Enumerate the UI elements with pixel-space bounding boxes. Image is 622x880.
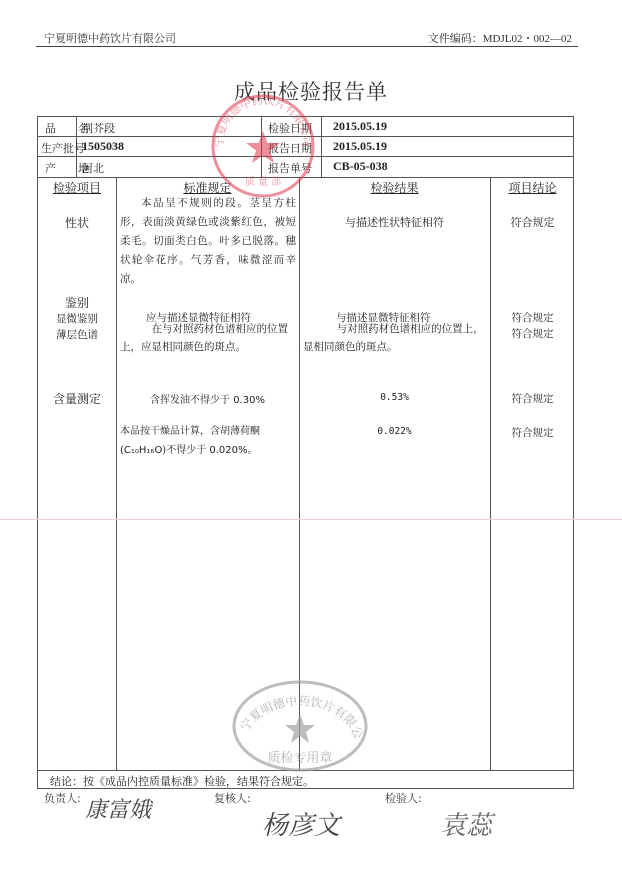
result-character: 与描述性状特征相符: [299, 214, 490, 230]
batch-label: 生产批号: [41, 140, 85, 156]
svg-text:质检专用章: 质检专用章: [267, 750, 332, 766]
item-microscopy: 显微鉴别: [38, 311, 116, 326]
conclusion-tlc: 符合规定: [490, 326, 575, 341]
item-identification: 鉴别: [38, 294, 116, 311]
scan-artifact-line: [0, 519, 622, 520]
standard-tlc: 在与对照药材色谱相应的位置上，应显相同颜色的斑点。: [120, 320, 296, 356]
product-name: 荆芥段: [82, 120, 115, 136]
inspect-date: 2015.05.19: [333, 119, 387, 134]
svg-text:质 量 部: 质 量 部: [245, 175, 281, 188]
inspector-label: 检验人:: [385, 790, 422, 806]
col-header-conclusion: 项目结论: [490, 179, 575, 196]
col-divider: [321, 117, 322, 177]
origin: 河北: [82, 160, 104, 176]
result-volatile-oil: 0.53%: [299, 392, 490, 403]
col-header-item: 检验项目: [38, 179, 116, 196]
standard-character: 本品呈不规则的段。茎呈方柱形，表面淡黄绿色或淡紫红色，被短柔毛。切面类白色。叶多…: [120, 194, 296, 289]
report-date: 2015.05.19: [333, 139, 387, 154]
item-tlc: 薄层色谱: [38, 327, 116, 342]
conclusion-pulegone: 符合规定: [490, 425, 575, 440]
standard-volatile-oil: 含挥发油不得少于 0.30%: [116, 391, 299, 406]
document-code-label: 文件编码：: [428, 32, 483, 45]
col-divider: [490, 177, 491, 771]
conclusion-microscopy: 符合规定: [490, 310, 575, 325]
result-tlc: 与对照药材色谱相应的位置上，显相同颜色的斑点。: [303, 320, 489, 356]
item-assay: 含量测定: [38, 390, 116, 407]
item-character: 性状: [38, 214, 116, 231]
header-rule: [36, 46, 578, 47]
conclusion-volatile-oil: 符合规定: [490, 391, 575, 406]
overall-conclusion: 结论：按《成品内控质量标准》检验，结果符合规定。: [50, 775, 314, 788]
document-code: 文件编码：MDJL02・002—02: [428, 30, 572, 46]
result-pulegone: 0.022%: [299, 426, 490, 437]
col-divider: [116, 177, 117, 771]
col-header-result: 检验结果: [299, 179, 490, 196]
inspector-signature: 袁蕊: [440, 805, 492, 842]
inspection-table: 品 名 荆芥段 生产批号 1505038 产 地 河北 检验日期 2015.05…: [37, 116, 574, 771]
conclusion-character: 符合规定: [490, 214, 575, 230]
reviewer-label: 复核人:: [214, 790, 251, 806]
standard-pulegone: 本品按干燥品计算，含胡薄荷酮(C₁₀H₁₆O)不得少于 0.020%。: [120, 422, 296, 460]
batch-number: 1505038: [82, 139, 124, 154]
conclusion-row: 结论：按《成品内控质量标准》检验，结果符合规定。: [37, 771, 574, 789]
reviewer-signature: 杨彦文: [262, 805, 340, 842]
report-number: CB-05-038: [333, 159, 388, 174]
document-code-value: MDJL02・002—02: [483, 33, 572, 45]
responsible-signature: 康富娥: [85, 793, 151, 824]
quality-dept-stamp: 宁夏明德中药饮片有限公司 质 量 部: [210, 93, 316, 199]
responsible-label: 负责人:: [44, 790, 81, 806]
company-name: 宁夏明德中药饮片有限公司: [44, 30, 176, 46]
qc-seal-stamp: 宁夏明德中药饮片有限公司 质检专用章: [230, 678, 370, 774]
